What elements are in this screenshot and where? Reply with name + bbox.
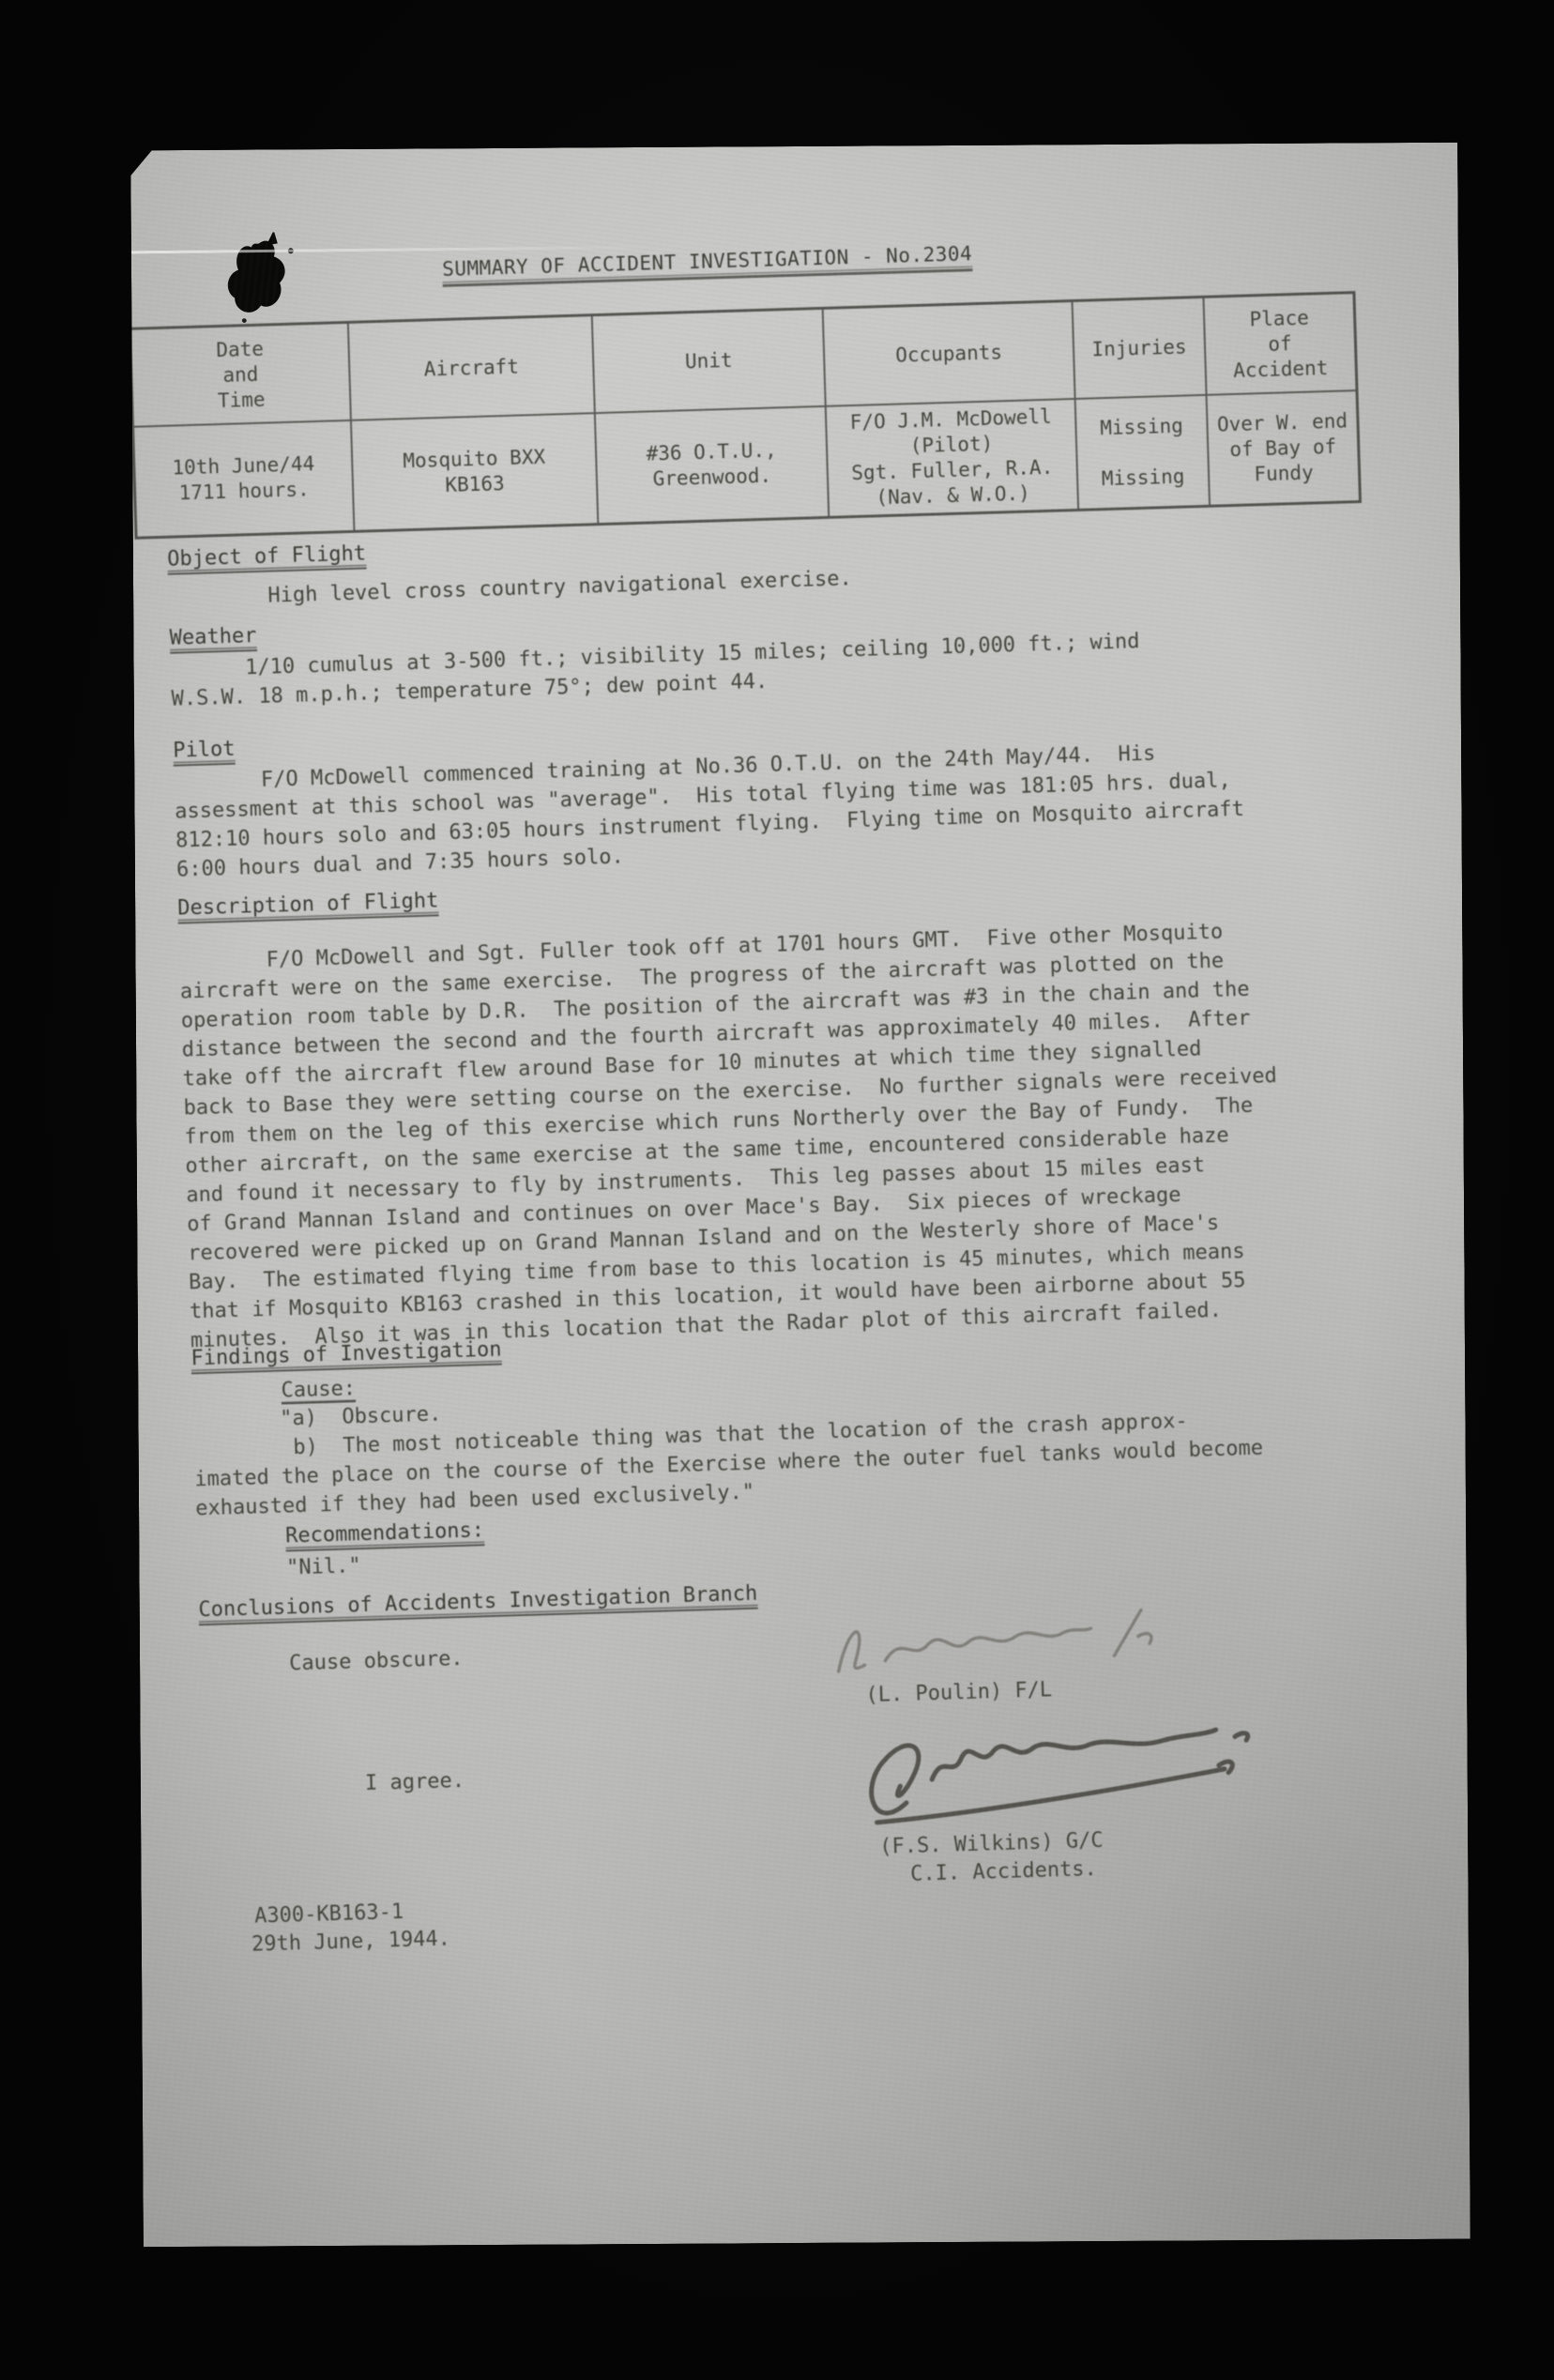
table-header-aircraft: Aircraft <box>347 316 594 421</box>
table-cell-injuries: Missing Missing <box>1074 396 1209 509</box>
signature-wilkins <box>851 1702 1262 1838</box>
document-date: 29th June, 1944. <box>251 1925 451 1959</box>
section-weather: Weather 1/10 cumulus at 3-500 ft.; visib… <box>169 590 1409 714</box>
section-body: F/O McDowell commenced training at No.36… <box>174 731 1415 884</box>
table-cell-occupants: F/O J.M. McDowell (Pilot) Sgt. Fuller, R… <box>825 400 1077 516</box>
section-body: F/O McDowell and Sgt. Fuller took off at… <box>179 911 1429 1355</box>
section-findings: Findings of Investigation Cause: "a) Obs… <box>190 1310 1434 1523</box>
agreement-note: I agree. <box>365 1767 465 1798</box>
section-heading: Recommendations: <box>285 1518 485 1551</box>
table-cell-aircraft: Mosquito BXX KB163 <box>350 414 597 530</box>
document-content: SUMMARY OF ACCIDENT INVESTIGATION - No.2… <box>130 143 1470 2248</box>
section-heading: Description of Flight <box>177 889 439 923</box>
signature-poulin-typed: (L. Poulin) F/L <box>865 1676 1052 1710</box>
section-heading: Object of Flight <box>167 542 367 574</box>
section-heading: Weather <box>169 624 257 654</box>
section-body: 1/10 cumulus at 3-500 ft.; visibility 15… <box>170 619 1409 714</box>
table-cell-date-time: 10th June/44 1711 hours. <box>134 421 353 537</box>
section-pilot: Pilot F/O McDowell commenced training at… <box>173 703 1415 885</box>
table-header-injuries: Injuries <box>1072 298 1206 400</box>
section-description-of-flight: Description of Flight F/O McDowell and S… <box>177 860 1429 1355</box>
cause-subheading: Cause: <box>281 1377 356 1404</box>
table-header-date-time: Date and Time <box>131 324 350 428</box>
ink-blot <box>221 232 316 330</box>
table-header-unit: Unit <box>591 310 825 414</box>
table-cell-unit: #36 O.T.U., Greenwood. <box>594 407 828 523</box>
signature-wilkins-role: C.I. Accidents. <box>910 1855 1097 1889</box>
table-cell-place: Over W. end of Bay of Fundy <box>1206 391 1359 505</box>
scanned-document-page: SUMMARY OF ACCIDENT INVESTIGATION - No.2… <box>130 143 1470 2248</box>
section-heading: Pilot <box>173 738 236 767</box>
file-reference: A300-KB163-1 <box>254 1899 404 1931</box>
table-header-place: Place of Accident <box>1202 294 1355 396</box>
table-header-occupants: Occupants <box>822 302 1074 407</box>
section-heading: Conclusions of Accidents Investigation B… <box>198 1582 758 1626</box>
